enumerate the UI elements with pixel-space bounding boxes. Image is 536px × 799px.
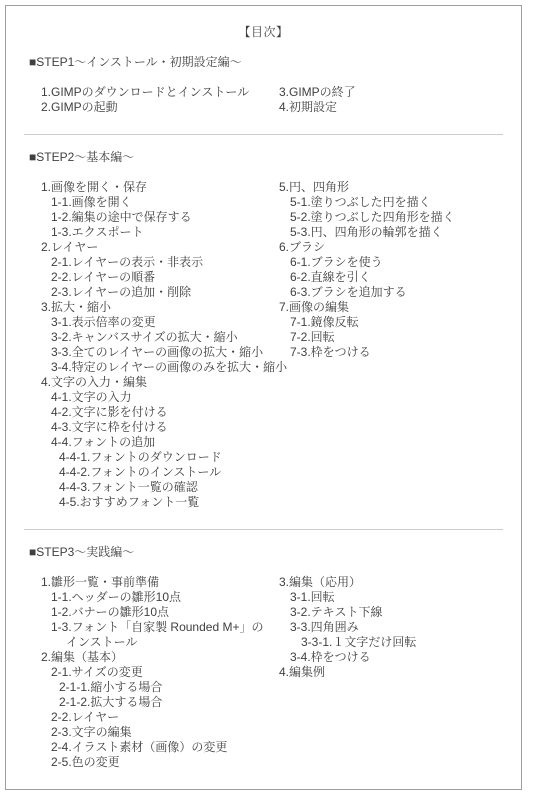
toc-item: 1-3.エクスポート — [51, 225, 279, 240]
toc-item: インストール — [66, 635, 279, 650]
toc-sections: ■STEP1～インストール・初期設定編～1.GIMPのダウンロードとインストール… — [24, 55, 503, 770]
toc-section: ■STEP3～実践編～1.雛形一覧・事前準備1-1.ヘッダーの雛形10点1-2.… — [24, 545, 503, 770]
toc-item: 4.文字の入力・編集 — [41, 375, 279, 390]
toc-item: 4-1.文字の入力 — [51, 390, 279, 405]
toc-column-left: 1.画像を開く・保存1-1.画像を開く1-2.編集の途中で保存する1-3.エクス… — [24, 180, 279, 510]
toc-item: 4-4.フォントの追加 — [51, 435, 279, 450]
toc-item: 3-4.枠をつける — [290, 650, 503, 665]
toc-item: 2-2.レイヤーの順番 — [51, 270, 279, 285]
toc-item: 7-2.回転 — [290, 330, 503, 345]
toc-item: 1.画像を開く・保存 — [41, 180, 279, 195]
toc-item: 2.編集（基本） — [41, 650, 279, 665]
section-columns: 1.GIMPのダウンロードとインストール2.GIMPの起動3.GIMPの終了4.… — [24, 85, 503, 115]
toc-item: 3-3-1.１文字だけ回転 — [301, 635, 503, 650]
section-heading: ■STEP3～実践編～ — [29, 545, 503, 560]
toc-item: 7-3.枠をつける — [290, 345, 503, 360]
toc-item: 1.雛形一覧・事前準備 — [41, 575, 279, 590]
toc-item: 1-3.フォント「自家製 Rounded M+」の — [51, 620, 279, 635]
toc-item: 5-2.塗りつぶした四角形を描く — [290, 210, 503, 225]
toc-item: 3-1.回転 — [290, 590, 503, 605]
toc-item: 2.レイヤー — [41, 240, 279, 255]
toc-column-right: 3.編集（応用）3-1.回転3-2.テキスト下線3-3.四角囲み3-3-1.１文… — [279, 575, 503, 770]
toc-item: 2-2.レイヤー — [51, 710, 279, 725]
toc-item: 4-5.おすすめフォント一覧 — [59, 495, 279, 510]
toc-item: 5.円、四角形 — [279, 180, 503, 195]
toc-item: 3.編集（応用） — [279, 575, 503, 590]
toc-item: 2-1-2.拡大する場合 — [59, 695, 279, 710]
toc-item: 3.拡大・縮小 — [41, 300, 279, 315]
toc-item: 4.編集例 — [279, 665, 503, 680]
toc-item: 2-4.イラスト素材（画像）の変更 — [51, 740, 279, 755]
toc-page: 【目次】 ■STEP1～インストール・初期設定編～1.GIMPのダウンロードとイ… — [5, 5, 522, 790]
toc-item: 1-1.ヘッダーの雛形10点 — [51, 590, 279, 605]
section-columns: 1.画像を開く・保存1-1.画像を開く1-2.編集の途中で保存する1-3.エクス… — [24, 180, 503, 510]
toc-item: 6-1.ブラシを使う — [290, 255, 503, 270]
toc-item: 3-3.全てのレイヤーの画像の拡大・縮小 — [51, 345, 279, 360]
page-title: 【目次】 — [24, 25, 503, 40]
toc-item: 3.GIMPの終了 — [279, 85, 503, 100]
toc-column-left: 1.雛形一覧・事前準備1-1.ヘッダーの雛形10点1-2.バナーの雛形10点1-… — [24, 575, 279, 770]
section-columns: 1.雛形一覧・事前準備1-1.ヘッダーの雛形10点1-2.バナーの雛形10点1-… — [24, 575, 503, 770]
toc-item: 1-1.画像を開く — [51, 195, 279, 210]
toc-item: 6-2.直線を引く — [290, 270, 503, 285]
toc-item: 2-3.文字の編集 — [51, 725, 279, 740]
toc-item: 4-4-3.フォント一覧の確認 — [59, 480, 279, 495]
toc-item: 4-3.文字に枠を付ける — [51, 420, 279, 435]
toc-item: 7-1.鏡像反転 — [290, 315, 503, 330]
toc-item: 4-4-1.フォントのダウンロード — [59, 450, 279, 465]
toc-item: 2-5.色の変更 — [51, 755, 279, 770]
section-heading: ■STEP2～基本編～ — [29, 150, 503, 165]
toc-item: 6-3.ブラシを追加する — [290, 285, 503, 300]
toc-item: 4-4-2.フォントのインストール — [59, 465, 279, 480]
section-divider — [24, 529, 503, 530]
toc-item: 1-2.バナーの雛形10点 — [51, 605, 279, 620]
toc-item: 2.GIMPの起動 — [41, 100, 279, 115]
toc-item: 2-3.レイヤーの追加・削除 — [51, 285, 279, 300]
toc-column-left: 1.GIMPのダウンロードとインストール2.GIMPの起動 — [24, 85, 279, 115]
toc-item: 1-2.編集の途中で保存する — [51, 210, 279, 225]
toc-item: 2-1.レイヤーの表示・非表示 — [51, 255, 279, 270]
section-heading: ■STEP1～インストール・初期設定編～ — [29, 55, 503, 70]
toc-item: 7.画像の編集 — [279, 300, 503, 315]
toc-item: 3-1.表示倍率の変更 — [51, 315, 279, 330]
toc-item: 4.初期設定 — [279, 100, 503, 115]
toc-item: 2-1.サイズの変更 — [51, 665, 279, 680]
toc-item: 3-2.テキスト下線 — [290, 605, 503, 620]
toc-item: 3-4.特定のレイヤーの画像のみを拡大・縮小 — [51, 360, 279, 375]
toc-item: 1.GIMPのダウンロードとインストール — [41, 85, 279, 100]
toc-item: 5-1.塗りつぶした円を描く — [290, 195, 503, 210]
toc-item: 3-2.キャンバスサイズの拡大・縮小 — [51, 330, 279, 345]
toc-item: 6.ブラシ — [279, 240, 503, 255]
toc-item: 2-1-1.縮小する場合 — [59, 680, 279, 695]
toc-section: ■STEP2～基本編～1.画像を開く・保存1-1.画像を開く1-2.編集の途中で… — [24, 150, 503, 510]
toc-column-right: 3.GIMPの終了4.初期設定 — [279, 85, 503, 115]
toc-item: 5-3.円、四角形の輪郭を描く — [290, 225, 503, 240]
toc-item: 3-3.四角囲み — [290, 620, 503, 635]
toc-column-right: 5.円、四角形5-1.塗りつぶした円を描く5-2.塗りつぶした四角形を描く5-3… — [279, 180, 503, 510]
toc-item: 4-2.文字に影を付ける — [51, 405, 279, 420]
toc-section: ■STEP1～インストール・初期設定編～1.GIMPのダウンロードとインストール… — [24, 55, 503, 115]
section-divider — [24, 134, 503, 135]
